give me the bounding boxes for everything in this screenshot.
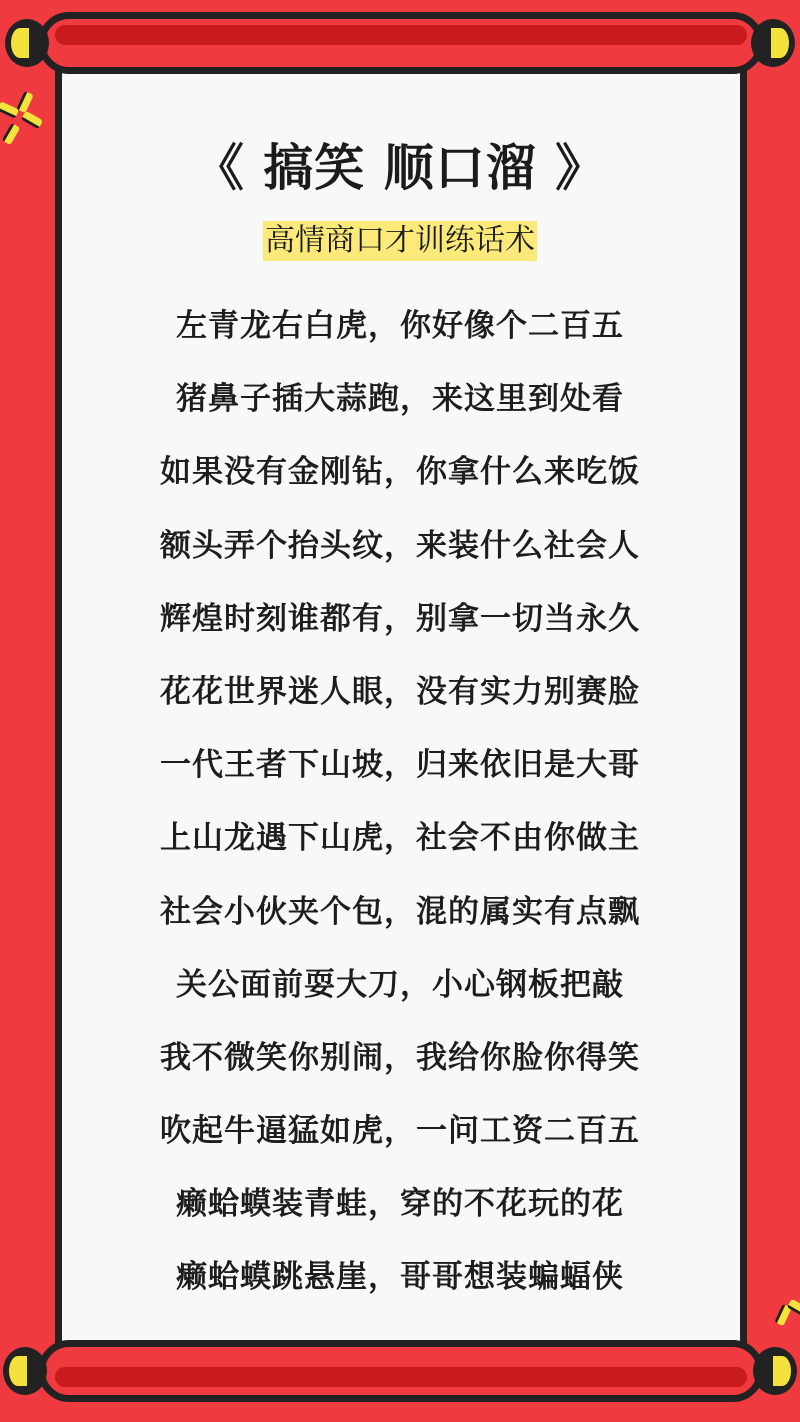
rhyme-line: 猪鼻子插大蒜跑，来这里到处看 (0, 376, 800, 449)
rhyme-line: 癞蛤蟆跳悬崖，哥哥想装蝙蝠侠 (0, 1254, 800, 1327)
subtitle-container: 高情商口才训练话术 (0, 221, 800, 261)
rhyme-list: 左青龙右白虎，你好像个二百五 猪鼻子插大蒜跑，来这里到处看 如果没有金刚钻，你拿… (0, 303, 800, 1328)
rhyme-line: 吹起牛逼猛如虎，一问工资二百五 (0, 1108, 800, 1181)
rhyme-line: 社会小伙夹个包，混的属实有点飘 (0, 889, 800, 962)
rhyme-line: 我不微笑你别闹，我给你脸你得笑 (0, 1035, 800, 1108)
rhyme-line: 关公面前耍大刀，小心钢板把敲 (0, 962, 800, 1035)
rhyme-line: 花花世界迷人眼，没有实力别赛脸 (0, 669, 800, 742)
rhyme-line: 左青龙右白虎，你好像个二百五 (0, 303, 800, 376)
rhyme-line: 癞蛤蟆装青蛙，穿的不花玩的花 (0, 1181, 800, 1254)
scroll-rod-bottom (38, 1340, 764, 1402)
rhyme-line: 如果没有金刚钻，你拿什么来吃饭 (0, 449, 800, 522)
rhyme-line: 一代王者下山坡，归来依旧是大哥 (0, 742, 800, 815)
subtitle-highlight: 高情商口才训练话术 (263, 221, 537, 261)
rhyme-line: 上山龙遇下山虎，社会不由你做主 (0, 815, 800, 888)
rod-shading (55, 1367, 747, 1387)
rod-end-cap-icon (751, 19, 795, 67)
scroll-rod-top (38, 12, 764, 74)
rod-end-cap-icon (5, 19, 49, 67)
rhyme-line: 辉煌时刻谁都有，别拿一切当永久 (0, 596, 800, 669)
page-title: 《 搞笑 顺口溜 》 (0, 128, 800, 200)
rod-shading (55, 25, 747, 45)
rod-end-cap-icon (3, 1347, 47, 1395)
rhyme-line: 额头弄个抬头纹，来装什么社会人 (0, 523, 800, 596)
rod-end-cap-icon (753, 1347, 797, 1395)
